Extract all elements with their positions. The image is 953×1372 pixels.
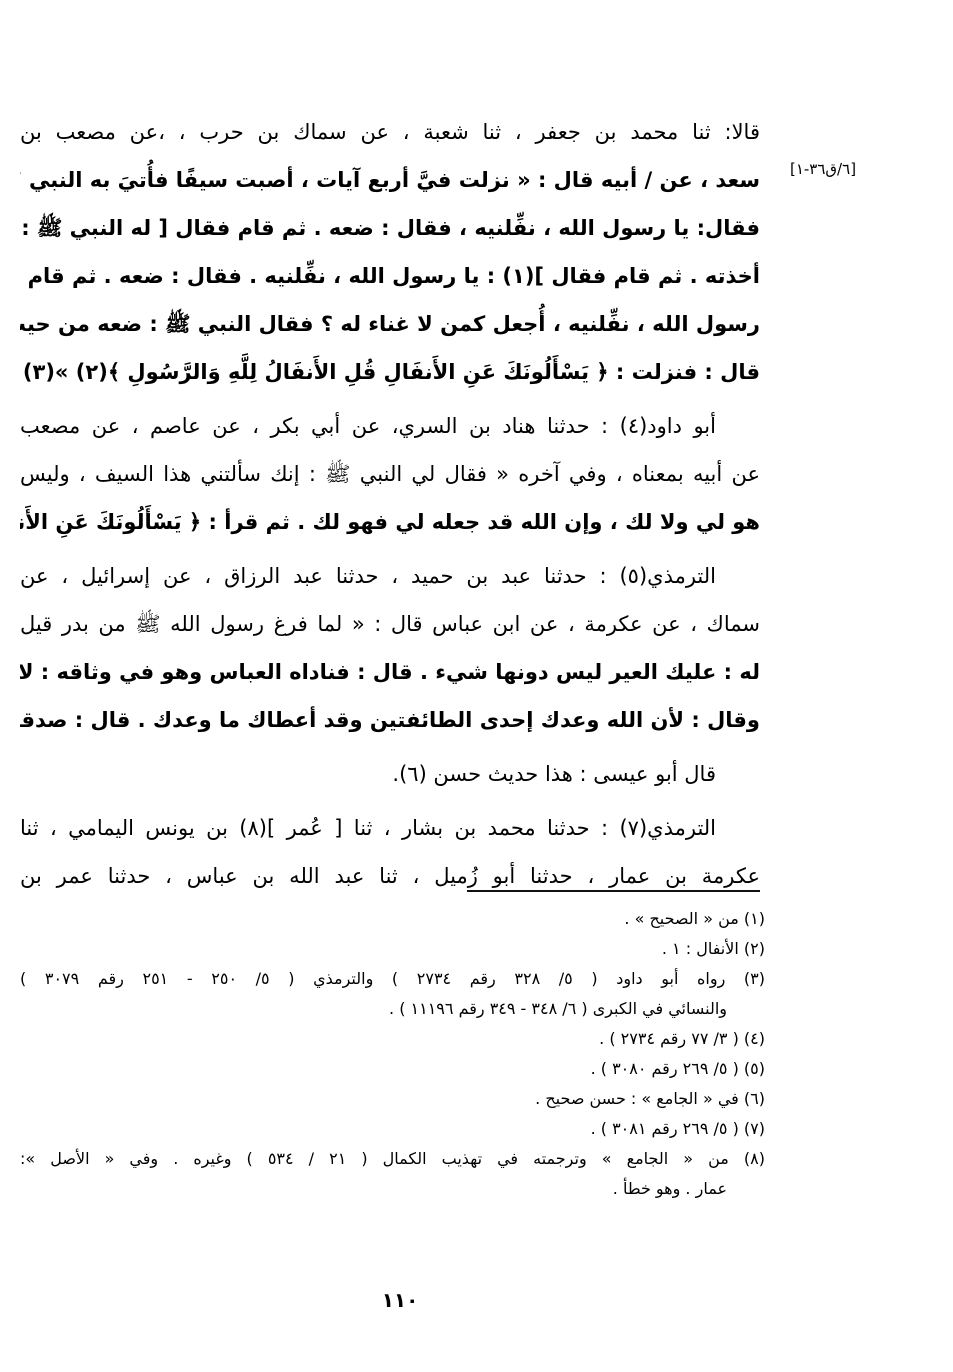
footnote-5: (٥) ( ٥/ ٢٦٩ رقم ٣٠٨٠ ) . (20, 1054, 765, 1084)
footnote-8: (٨) من « الجامع » وترجمته في تهذيب الكما… (20, 1144, 765, 1174)
text-line: الترمذي(٧) : حدثنا محمد بن بشار ، ثنا [ … (20, 804, 760, 852)
text-line: له : عليك العير ليس دونها شيء . قال : فن… (20, 648, 760, 696)
text-line: أخذته . ثم قام فقال ](١) : يا رسول الله … (20, 252, 760, 300)
text-line: فقال: يا رسول الله ، نفِّلنيه ، فقال : ض… (20, 204, 760, 252)
footnote-8-continued: عمار . وهو خطأ . (20, 1174, 765, 1204)
footnote-3-continued: والنسائي في الكبرى ( ٦/ ٣٤٨ - ٣٤٩ رقم ١١… (20, 994, 765, 1024)
footnote-separator (467, 890, 760, 892)
text-line: قال أبو عيسى : هذا حديث حسن (٦). (20, 750, 760, 798)
text-line: رسول الله ، نفِّلنيه ، أُجعل كمن لا غناء… (20, 300, 760, 348)
text-line: عكرمة بن عمار ، حدثنا أبو زُميل ، ثنا عب… (20, 852, 760, 900)
footnote-4: (٤) ( ٣/ ٧٧ رقم ٢٧٣٤ ) . (20, 1024, 765, 1054)
text-line: قالا: ثنا محمد بن جعفر ، ثنا شعبة ، عن س… (20, 108, 760, 156)
paragraph-abu-dawud: أبو داود(٤) : حدثنا هناد بن السري، عن أب… (20, 402, 760, 546)
text-line: وقال : لأن الله وعدك إحدى الطائفتين وقد … (20, 696, 760, 744)
footnote-7: (٧) ( ٥/ ٢٦٩ رقم ٣٠٨١ ) . (20, 1114, 765, 1144)
footnote-6: (٦) في « الجامع » : حسن صحيح . (20, 1084, 765, 1114)
manuscript-folio-marker: [٦/ق٣٦-١] (778, 160, 868, 178)
text-line: سماك ، عن عكرمة ، عن ابن عباس قال : « لم… (20, 600, 760, 648)
page-number: ١١٠ (360, 1288, 440, 1312)
footnote-2: (٢) الأنفال : ١ . (20, 934, 765, 964)
paragraph-hadith-1: قالا: ثنا محمد بن جعفر ، ثنا شعبة ، عن س… (20, 108, 760, 396)
text-line: هو لي ولا لك ، وإن الله قد جعله لي فهو ل… (20, 498, 760, 546)
text-line: عن أبيه بمعناه ، وفي آخره « فقال لي النب… (20, 450, 760, 498)
text-line: قال : فنزلت : ﴿ يَسْأَلُونَكَ عَنِ الأَن… (20, 348, 760, 396)
book-page: [٦/ق٣٦-١] قالا: ثنا محمد بن جعفر ، ثنا ش… (0, 0, 953, 1372)
text-line: سعد ، عن / أبيه قال : « نزلت فيَّ أربع آ… (20, 156, 760, 204)
main-text-body: قالا: ثنا محمد بن جعفر ، ثنا شعبة ، عن س… (20, 108, 760, 900)
text-line: الترمذي(٥) : حدثنا عبد بن حميد ، حدثنا ع… (20, 552, 760, 600)
footnote-1: (١) من « الصحيح » . (20, 904, 765, 934)
paragraph-tirmidhi-1: الترمذي(٥) : حدثنا عبد بن حميد ، حدثنا ع… (20, 552, 760, 744)
footnotes: (١) من « الصحيح » . (٢) الأنفال : ١ . (٣… (20, 904, 765, 1204)
footnote-3: (٣) رواه أبو داود ( ٥/ ٣٢٨ رقم ٢٧٣٤ ) وا… (20, 964, 765, 994)
paragraph-abu-isa: قال أبو عيسى : هذا حديث حسن (٦). (20, 750, 760, 798)
text-line: أبو داود(٤) : حدثنا هناد بن السري، عن أب… (20, 402, 760, 450)
paragraph-tirmidhi-2: الترمذي(٧) : حدثنا محمد بن بشار ، ثنا [ … (20, 804, 760, 900)
